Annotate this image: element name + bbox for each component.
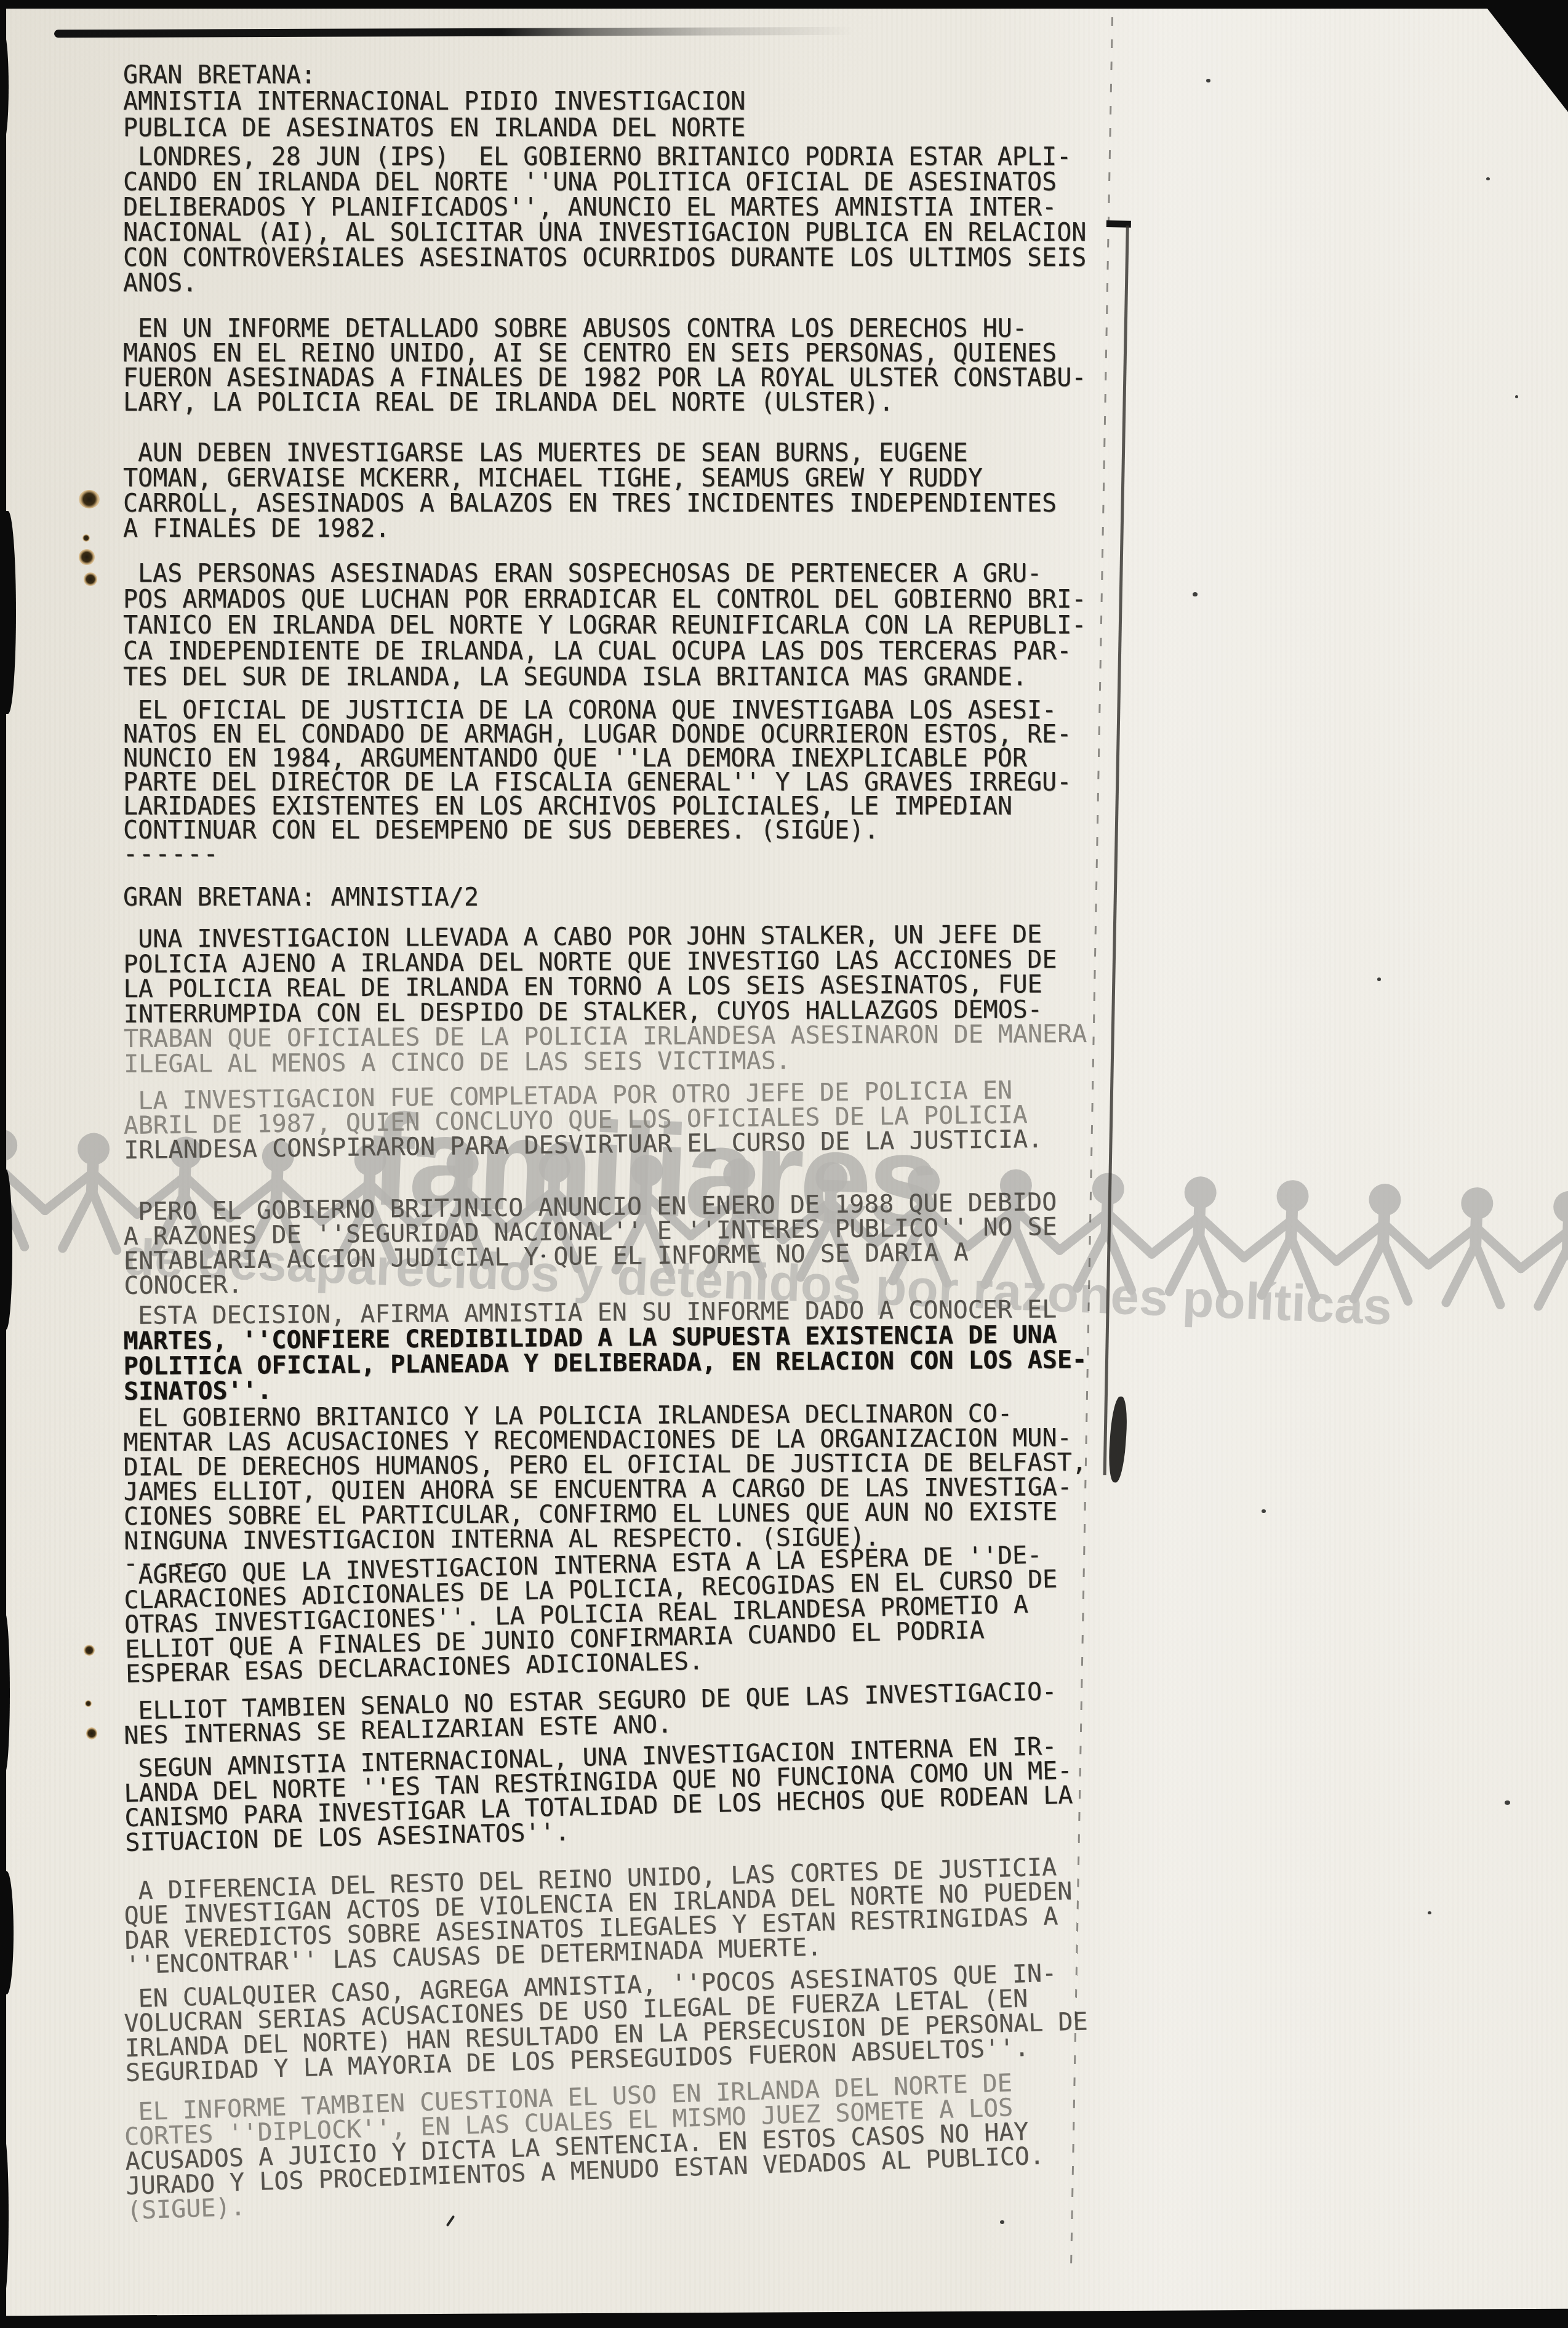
burn-dot [86, 1727, 97, 1740]
typed-line: POS ARMADOS QUE LUCHAN POR ERRADICAR EL … [123, 587, 1086, 612]
typed-line: NATOS EN EL CONDADO DE ARMAGH, LUGAR DON… [123, 722, 1071, 747]
ink-speck [1515, 395, 1518, 398]
ink-speck [1193, 592, 1198, 596]
typed-line: ------ [123, 842, 220, 867]
scan-edge-bump [0, 1613, 10, 1773]
scan-edge-bump [0, 1170, 12, 1330]
typed-line: TOMAN, GERVAISE MCKERR, MICHAEL TIGHE, S… [123, 466, 983, 491]
typed-line: A FINALES DE 1982. [123, 516, 390, 541]
typed-line: EN UN INFORME DETALLADO SOBRE ABUSOS CON… [123, 316, 1027, 341]
burn-dot [85, 1700, 92, 1707]
typed-line: LARIDADES EXISTENTES EN LOS ARCHIVOS POL… [123, 794, 1012, 819]
typed-line: ILEGAL AL MENOS A CINCO DE LAS SEIS VICT… [124, 1048, 791, 1077]
typed-line: AUN DEBEN INVESTIGARSE LAS MUERTES DE SE… [123, 441, 968, 465]
typed-line: CONOCER. [124, 1272, 242, 1298]
burn-dot [79, 549, 95, 565]
typed-line: CA INDEPENDIENTE DE IRLANDA, LA CUAL OCU… [123, 639, 1071, 664]
typed-line: PUBLICA DE ASESINATOS EN IRLANDA DEL NOR… [123, 116, 745, 140]
typed-line: NACIONAL (AI), AL SOLICITAR UNA INVESTIG… [123, 220, 1086, 245]
typed-line: FUERON ASESINADAS A FINALES DE 1982 POR … [123, 366, 1086, 390]
scan-edge-top [0, 0, 1568, 9]
ink-speck [1505, 1800, 1510, 1805]
ink-speck [1000, 2220, 1004, 2224]
typed-line: CON CONTROVERSIALES ASESINATOS OCURRIDOS… [123, 246, 1086, 270]
typed-line: PARTE DEL DIRECTOR DE LA FISCALIA GENERA… [123, 770, 1071, 795]
typed-line: AMNISTIA INTERNACIONAL PIDIO INVESTIGACI… [123, 89, 745, 114]
scan-edge-bump [0, 511, 16, 714]
typed-line: CARROLL, ASESINADOS A BALAZOS EN TRES IN… [123, 491, 1057, 516]
burn-dot [84, 1645, 95, 1656]
typed-line: TES DEL SUR DE IRLANDA, LA SEGUNDA ISLA … [123, 665, 1027, 689]
ink-speck [1262, 1509, 1266, 1513]
burn-dot [79, 490, 100, 508]
typed-line: NUNCIO EN 1984, ARGUMENTANDO QUE ''LA DE… [123, 746, 1027, 771]
typed-line: GRAN BRETANA: [123, 63, 316, 87]
fold-ink-blob [1107, 1396, 1129, 1483]
scan-edge-bump [0, 34, 9, 139]
ink-speck [1428, 1911, 1431, 1914]
typed-line: SINATOS''. [124, 1378, 272, 1404]
typed-line: ANOS. [123, 271, 197, 295]
typed-line: POLITICA OFICIAL, PLANEADA Y DELIBERADA,… [124, 1347, 1087, 1379]
scan-edge-bump [0, 1871, 14, 1994]
typed-line: TRABAN QUE OFICIALES DE LA POLICIA IRLAN… [124, 1022, 1087, 1051]
typed-text-layer: GRAN BRETANA:AMNISTIA INTERNACIONAL PIDI… [0, 0, 1568, 2328]
typed-line: LARY, LA POLICIA REAL DE IRLANDA DEL NOR… [123, 390, 894, 415]
typed-line: MANOS EN EL REINO UNIDO, AI SE CENTRO EN… [123, 341, 1057, 366]
ink-speck [542, 1254, 545, 1258]
typed-line: CANDO EN IRLANDA DEL NORTE ''UNA POLITIC… [123, 170, 1057, 195]
typed-line: LAS PERSONAS ASESINADAS ERAN SOSPECHOSAS… [123, 561, 1042, 586]
ink-speck [1377, 977, 1381, 981]
typed-line: GRAN BRETANA: AMNISTIA/2 [123, 885, 479, 910]
burn-dot [82, 534, 90, 542]
typed-line: DELIBERADOS Y PLANIFICADOS'', ANUNCIO EL… [123, 195, 1057, 220]
typed-line: CONTINUAR CON EL DESEMPENO DE SUS DEBERE… [123, 818, 879, 843]
typed-line: EL OFICIAL DE JUSTICIA DE LA CORONA QUE … [123, 698, 1057, 723]
typed-line: TANICO EN IRLANDA DEL NORTE Y LOGRAR REU… [123, 613, 1086, 638]
fold-solid-line [1103, 225, 1129, 1475]
typed-line: LONDRES, 28 JUN (IPS) EL GOBIERNO BRITAN… [123, 145, 1071, 169]
scanned-document-page: familiares de desaparecidos y detenidos … [0, 0, 1568, 2328]
burn-dot [84, 572, 97, 586]
scan-edge-bump [0, 2136, 9, 2296]
ink-speck [1486, 177, 1490, 180]
typed-line: (SIGUE). [126, 2195, 246, 2223]
ink-speck [1206, 79, 1210, 82]
